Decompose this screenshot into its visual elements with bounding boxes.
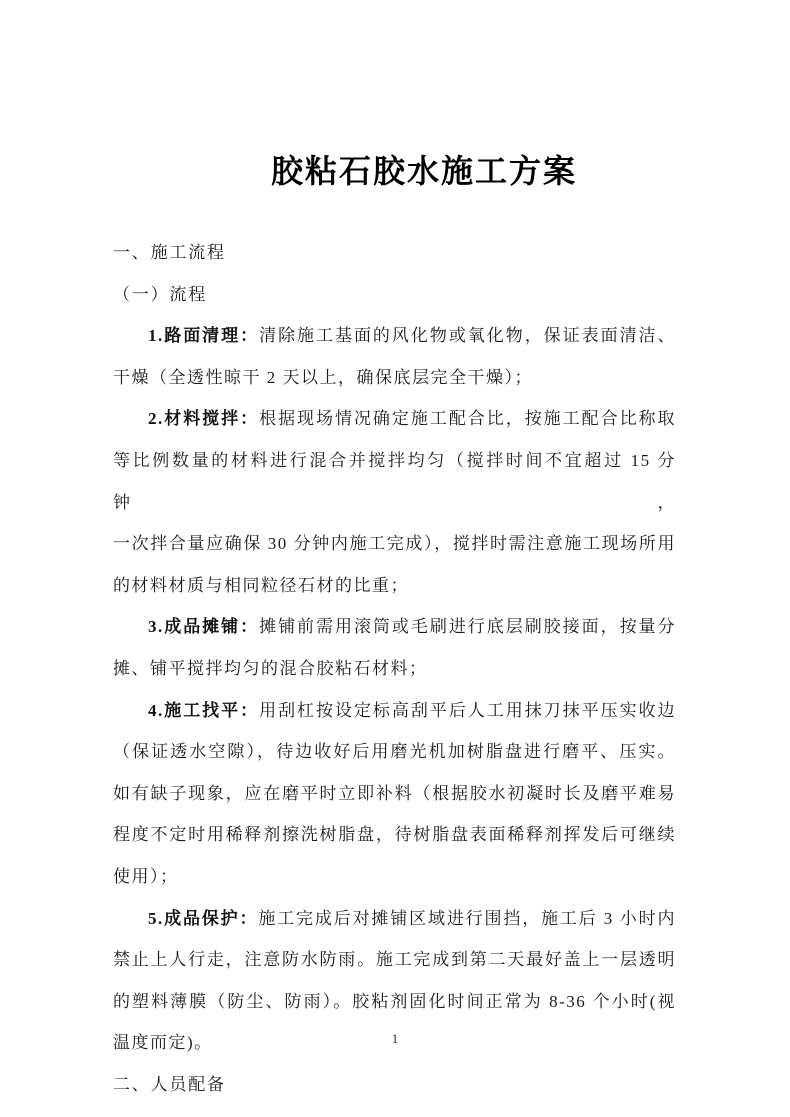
paragraph-1-first-text: 清除施工基面的风化物或氧化物，保证表面清洁、 [259,326,676,345]
paragraph-4-line-1: 4.施工找平：用刮杠按设定标高刮平后人工用抹刀抹平压实收边 [113,690,676,732]
subsection-heading-process: （一）流程 [113,274,676,316]
paragraph-2-line-1: 2.材料搅拌：根据现场情况确定施工配合比，按施工配合比称取 [113,398,676,440]
paragraph-4-first-text: 用刮杠按设定标高刮平后人工用抹刀抹平压实收边 [259,701,676,720]
paragraph-3-line-1: 3.成品摊铺：摊铺前需用滚筒或毛刷进行底层刷胶接面，按量分 [113,606,676,648]
paragraph-2-first-text: 根据现场情况确定施工配合比，按施工配合比称取 [259,409,676,428]
page-number: 1 [0,1031,790,1047]
paragraph-3-label: 3.成品摊铺： [148,617,259,636]
paragraph-2-line-4: 的材料材质与相同粒径石材的比重； [113,565,676,607]
paragraph-5-label: 5.成品保护： [148,909,258,928]
paragraph-5-line-3: 的塑料薄膜（防尘、防雨）。胶粘剂固化时间正常为 8-36 个小时(视 [113,981,676,1023]
paragraph-2-line-3: 一次拌合量应确保 30 分钟内施工完成），搅拌时需注意施工现场所用 [113,523,676,565]
paragraph-4-line-4: 程度不定时用稀释剂擦洗树脂盘，待树脂盘表面稀释剂挥发后可继续 [113,814,676,856]
paragraph-3-first-text: 摊铺前需用滚筒或毛刷进行底层刷胶接面，按量分 [259,617,676,636]
paragraph-3-line-2: 摊、铺平搅拌均匀的混合胶粘石材料； [113,648,676,690]
paragraph-5-first-text: 施工完成后对摊铺区域进行围挡，施工后 3 小时内 [258,909,676,928]
paragraph-1-line-2: 干燥（全透性晾干 2 天以上，确保底层完全干燥）； [113,357,676,399]
document-page: 胶粘石胶水施工方案 一、施工流程 （一）流程 1.路面清理：清除施工基面的风化物… [0,0,790,1117]
paragraph-5-line-2: 禁止上人行走，注意防水防雨。施工完成到第二天最好盖上一层透明 [113,939,676,981]
paragraph-2-label: 2.材料搅拌： [148,409,259,428]
paragraph-4-label: 4.施工找平： [148,701,259,720]
section-heading-construction-process: 一、施工流程 [113,232,676,274]
section-heading-personnel: 二、人员配备 [113,1064,676,1106]
paragraph-1-label: 1.路面清理： [148,326,259,345]
paragraph-4-line-3: 如有缺子现象，应在磨平时立即补料（根据胶水初凝时长及磨平难易 [113,773,676,815]
document-title: 胶粘石胶水施工方案 [29,146,790,192]
paragraph-4-line-2: （保证透水空隙），待边收好后用磨光机加树脂盘进行磨平、压实。 [113,731,676,773]
paragraph-5-line-1: 5.成品保护：施工完成后对摊铺区域进行围挡，施工后 3 小时内 [113,898,676,940]
paragraph-4-line-5: 使用）； [113,856,676,898]
paragraph-2-line-2: 等比例数量的材料进行混合并搅拌均匀（搅拌时间不宜超过 15 分钟， [113,440,676,523]
document-body: 一、施工流程 （一）流程 1.路面清理：清除施工基面的风化物或氧化物，保证表面清… [113,232,676,1105]
paragraph-1-line-1: 1.路面清理：清除施工基面的风化物或氧化物，保证表面清洁、 [113,315,676,357]
